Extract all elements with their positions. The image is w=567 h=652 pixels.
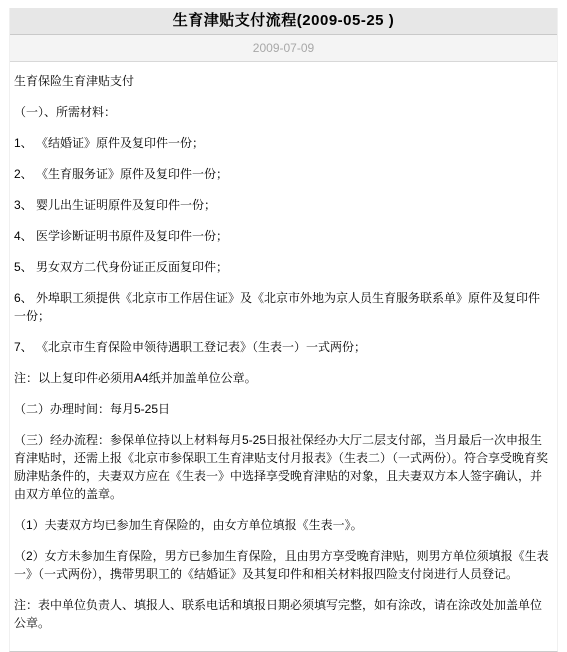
paragraph: 2、 《生育服务证》原件及复印件一份；: [14, 165, 551, 183]
paragraph: 1、 《结婚证》原件及复印件一份；: [14, 134, 551, 152]
document-container: 生育津贴支付流程(2009-05-25 ) 2009-07-09 生育保险生育津…: [9, 8, 558, 638]
paragraph: 6、 外埠职工须提供《北京市工作居住证》及《北京市外地为京人员生育服务联系单》原…: [14, 289, 551, 325]
title-bar: 生育津贴支付流程(2009-05-25 ): [10, 8, 557, 35]
paragraph: （2）女方未参加生育保险，男方已参加生育保险，且由男方享受晚育津贴，则男方单位须…: [14, 547, 551, 583]
paragraph: 7、 《北京市生育保险申领待遇职工登记表》（生表一）一式两份；: [14, 338, 551, 356]
paragraph: 生育保险生育津贴支付: [14, 72, 551, 90]
paragraph: （三）经办流程：参保单位持以上材料每月5-25日报社保经办大厅二层支付部，当月最…: [14, 431, 551, 503]
paragraph: （一）、所需材料：: [14, 103, 551, 121]
page-title: 生育津贴支付流程(2009-05-25 ): [173, 12, 394, 29]
paragraph: 注：表中单位负责人、填报人、联系电话和填报日期必须填写完整，如有涂改，请在涂改处…: [14, 596, 551, 632]
document-body: 生育保险生育津贴支付（一）、所需材料：1、 《结婚证》原件及复印件一份；2、 《…: [10, 62, 557, 638]
paragraph: （二）办理时间：每月5-25日: [14, 400, 551, 418]
paragraph: 注：以上复印件必须用A4纸并加盖单位公章。: [14, 369, 551, 387]
publish-date: 2009-07-09: [253, 41, 314, 55]
paragraph: （1）夫妻双方均已参加生育保险的，由女方单位填报《生表一》。: [14, 516, 551, 534]
date-bar: 2009-07-09: [10, 35, 557, 62]
paragraph: 5、 男女双方二代身份证正反面复印件；: [14, 258, 551, 276]
paragraph: 3、 婴儿出生证明原件及复印件一份；: [14, 196, 551, 214]
paragraph: 4、 医学诊断证明书原件及复印件一份；: [14, 227, 551, 245]
